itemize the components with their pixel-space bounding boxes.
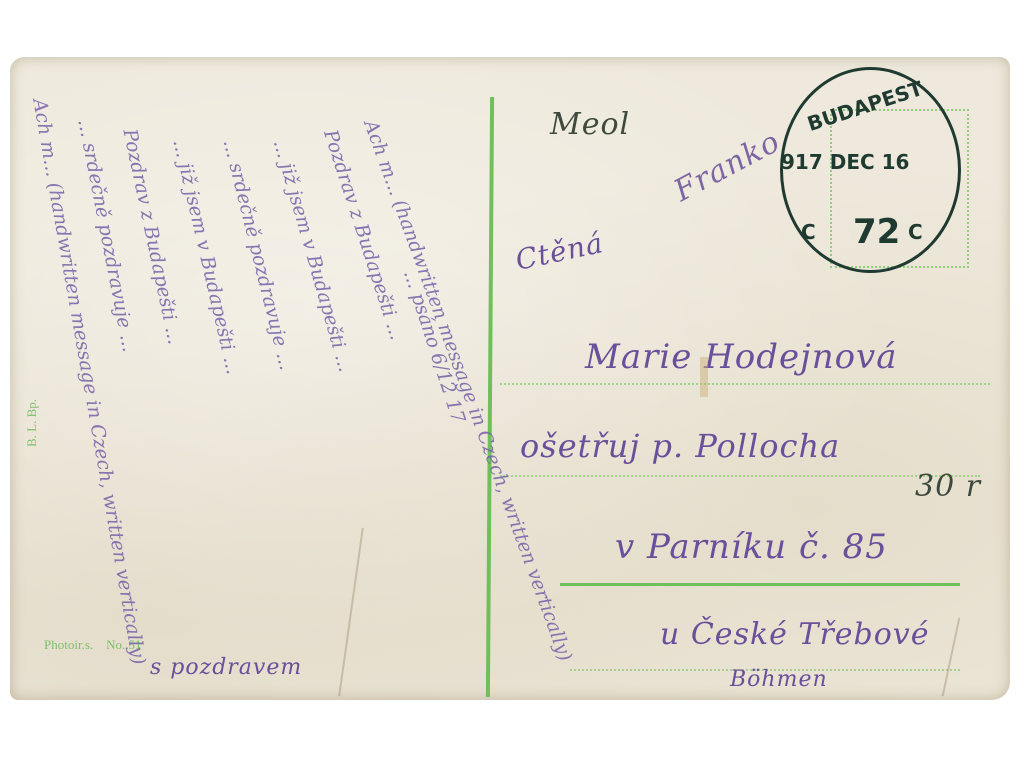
address-line bbox=[500, 383, 990, 385]
crease-mark bbox=[338, 528, 364, 697]
center-divider-line bbox=[486, 97, 494, 697]
address-line-main bbox=[560, 583, 960, 586]
postmark-office-number: 72 bbox=[853, 212, 900, 252]
postmark-cancel: BUDAPEST 917 DEC 16 C 72 C bbox=[780, 67, 961, 273]
postmark-date: 917 DEC 16 bbox=[781, 150, 909, 174]
publisher-mark: B. L. Bp. bbox=[24, 399, 40, 447]
postcard: B. L. Bp. Photoir.s. No. 51 Ach m... (ha… bbox=[10, 57, 1010, 700]
postmark-left-letter: C bbox=[801, 220, 816, 244]
message-line: Ach m... (handwritten message in Czech, … bbox=[359, 117, 576, 664]
postmark-city: BUDAPEST bbox=[804, 76, 925, 136]
address-city: u České Třebové bbox=[660, 617, 930, 652]
message-closing: s pozdravem bbox=[150, 655, 302, 680]
postmark-right-letter: C bbox=[908, 220, 923, 244]
address-care-of: ošetřuj p. Pollocha bbox=[520, 427, 840, 465]
pencil-number: 30 r bbox=[915, 469, 981, 504]
address-salutation: Ctěná bbox=[513, 226, 607, 277]
stain-mark bbox=[700, 357, 708, 397]
series-name: Photoir.s. bbox=[44, 637, 93, 652]
address-name: Marie Hodejnová bbox=[585, 337, 898, 377]
pencil-note: Meol bbox=[550, 107, 630, 142]
address-line bbox=[500, 475, 980, 477]
stamp-overwrite: Franko bbox=[668, 124, 786, 209]
address-street: v Parníku č. 85 bbox=[615, 527, 888, 567]
address-country: Böhmen bbox=[730, 667, 828, 692]
crease-mark bbox=[942, 618, 961, 697]
